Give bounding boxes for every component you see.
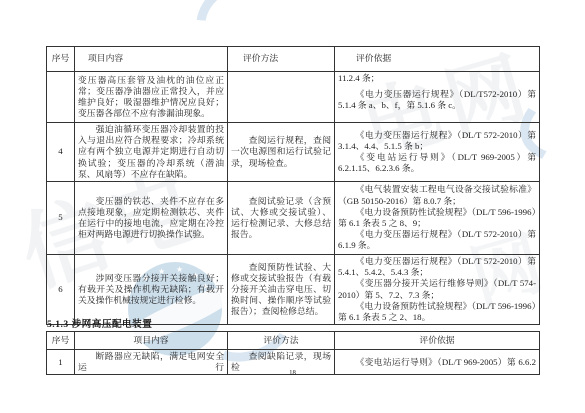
row-seq-no: [47, 72, 75, 123]
header-seq-no: 序号: [47, 47, 75, 72]
paragraph: 查阅运行规程，查阅一次电源图和运行试验记录，现场检查。: [231, 135, 331, 169]
paragraph: 查阅试验记录（含预试、大修或交接试验）、运行检测记录、大修总结报告。: [231, 196, 331, 241]
row-item-content: 变压器高压套管及油枕的油位应正常；变压器净油器应正常投入，并应维护良好；吸湿器维…: [75, 72, 228, 123]
paragraph: 《变电站运行导则》（DL/T 969-2005）第 6.2.1.15、6.2.3…: [338, 152, 536, 174]
header-item-content: 项目内容: [75, 332, 228, 350]
section-heading: 5.1.3 涉网高压配电装置: [47, 316, 152, 330]
paragraph: 11.2.4 条；: [338, 73, 536, 84]
transformer-evaluation-table: 序号 项目内容 评价方法 评价依据 变压器高压套管及油枕的油位应正常；变压器净油…: [46, 46, 540, 325]
paragraph: 《变压器分接开关运行维修导则》（DL/T 574-2010）第 5、7.2、7.…: [338, 278, 536, 300]
header-eval-method: 评价方法: [228, 47, 335, 72]
row-seq-no: 4: [47, 123, 75, 182]
paragraph: 《变电站运行导则》（DL/T 969-2005）第 6.6.2: [338, 357, 536, 368]
header-seq-no: 序号: [47, 332, 75, 350]
paragraph: 《电力设备预防性试验规程》（DL/T 596-1996）第 6.1 条表 5 之…: [338, 301, 536, 323]
table-header-row: 序号 项目内容 评价方法 评价依据: [47, 47, 540, 72]
row-item-content: 涉网变压器分接开关接触良好；有载开关及操作机构无缺陷；有载开关及操作机械按规定进…: [75, 255, 228, 325]
header-eval-basis: 评价依据: [335, 332, 540, 350]
table-row: 6 涉网变压器分接开关接触良好；有载开关及操作机构无缺陷；有载开关及操作机械按规…: [47, 255, 540, 325]
paragraph: 《电力变压器运行规程》（DL/T 572-2010）第 5.4.1、5.4.2、…: [338, 256, 536, 278]
paragraph: 查阅预防性试验、大修或交接试验报告（有载分接开关油击穿电压、切换时间、操作顺序等…: [231, 262, 331, 318]
header-eval-method: 评价方法: [228, 332, 335, 350]
paragraph: 《电力变压器运行规程》（DL/T 572-2010）第 6.1.9 条。: [338, 229, 536, 251]
row-item-content: 强迫油循环变压器冷却装置的投入与退出应符合规程要求；冷却系统应有两个独立电源并定…: [75, 123, 228, 182]
table-row: 变压器高压套管及油枕的油位应正常；变压器净油器应正常投入，并应维护良好；吸湿器维…: [47, 72, 540, 123]
header-eval-basis: 评价依据: [335, 47, 540, 72]
table-row: 5 变压器的铁芯、夹件不应存在多点接地现象，应定期检测铁芯、夹件在运行中的接地电…: [47, 182, 540, 255]
paragraph: 变压器高压套管及油枕的油位应正常；变压器净油器应正常投入，并应维护良好；吸湿器维…: [78, 75, 224, 120]
row-seq-no: 6: [47, 255, 75, 325]
paragraph: 《电气装置安装工程电气设备交接试验标准》（GB 50150-2016）第 8.0…: [338, 184, 536, 206]
paragraph: 变压器的铁芯、夹件不应存在多点接地现象，应定期检测铁芯、夹件在运行中的接地电流，…: [78, 196, 224, 241]
row-eval-basis: 《电力变压器运行规程》（DL/T 572-2010）第 5.4.1、5.4.2、…: [335, 255, 540, 325]
row-item-content: 变压器的铁芯、夹件不应存在多点接地现象，应定期检测铁芯、夹件在运行中的接地电流，…: [75, 182, 228, 255]
row-seq-no: 5: [47, 182, 75, 255]
row-eval-basis: 《电气装置安装工程电气设备交接试验标准》（GB 50150-2016）第 8.0…: [335, 182, 540, 255]
paragraph: 涉网变压器分接开关接触良好；有载开关及操作机构无缺陷；有载开关及操作机械按规定进…: [78, 273, 224, 307]
row-eval-method: [228, 72, 335, 123]
header-item-content: 项目内容: [75, 47, 228, 72]
row-eval-basis: 《电力变压器运行规程》（DL/T 572-2010）第 3.1.4、4.4、5.…: [335, 123, 540, 182]
document-page: 电网 信电 网 ★ ★ ★ ★ ★ 序号 项目内容 评价方法 评价依据 变压器高…: [0, 0, 585, 413]
table-header-row: 序号 项目内容 评价方法 评价依据: [47, 332, 540, 350]
paragraph: 强迫油循环变压器冷却装置的投入与退出应符合规程要求；冷却系统应有两个独立电源并定…: [78, 124, 224, 180]
paragraph: 《电力变压器运行规程》（DL/T572-2010）第 5.1.4 条 a、b、f…: [338, 89, 536, 111]
page-number: 18: [0, 370, 585, 377]
row-eval-method: 查阅运行规程，查阅一次电源图和运行试验记录，现场检查。: [228, 123, 335, 182]
table-row: 4 强迫油循环变压器冷却装置的投入与退出应符合规程要求；冷却系统应有两个独立电源…: [47, 123, 540, 182]
paragraph: 《电力设备预防性试验规程》（DL/T 596-1996）第 6.1 条表 5 之…: [338, 207, 536, 229]
row-eval-basis: 11.2.4 条； 《电力变压器运行规程》（DL/T572-2010）第 5.1…: [335, 72, 540, 123]
paragraph: 《电力变压器运行规程》（DL/T 572-2010）第 3.1.4、4.4、5.…: [338, 130, 536, 152]
row-eval-method: 查阅预防性试验、大修或交接试验报告（有载分接开关油击穿电压、切换时间、操作顺序等…: [228, 255, 335, 325]
hv-switchgear-table: 序号 项目内容 评价方法 评价依据 1 断路器应无缺陷，满足电网安全运行 查阅缺…: [46, 331, 540, 375]
row-eval-method: 查阅试验记录（含预试、大修或交接试验）、运行检测记录、大修总结报告。: [228, 182, 335, 255]
